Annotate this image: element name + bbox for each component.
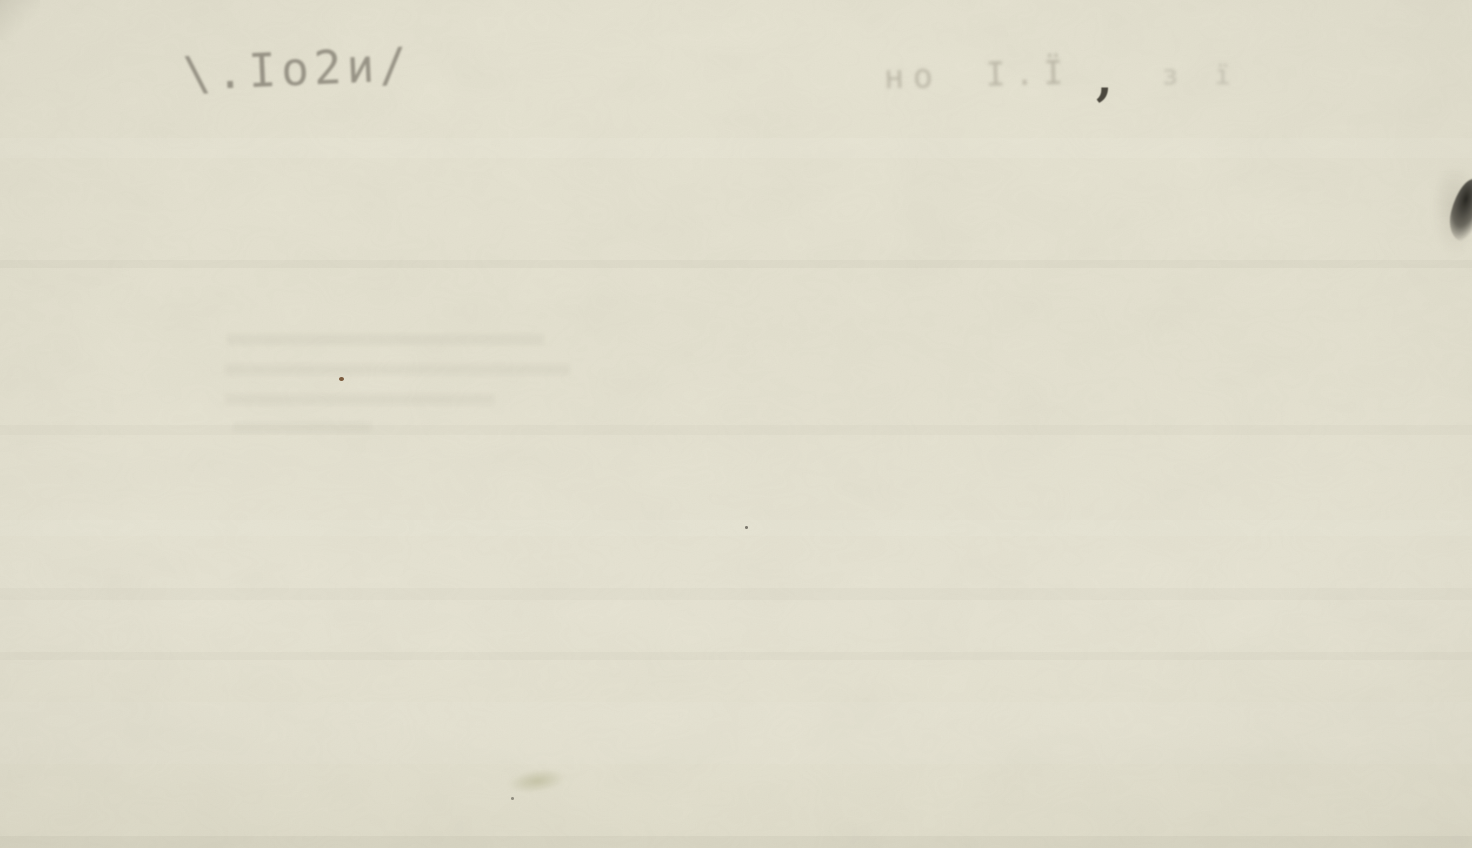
- tear-shadow-halo: [1432, 170, 1472, 256]
- bleedthrough-text-far-right: з ї: [1162, 62, 1241, 89]
- bleedthrough-paragraph-smudge: [225, 322, 570, 440]
- top-left-corner-shade: [0, 0, 40, 40]
- ink-comma-mark: ,: [1096, 55, 1113, 103]
- dark-speck-bottom: [511, 797, 514, 800]
- scanned-document-page: \.Іо2и/ но І.Ї з ї ,: [0, 0, 1472, 848]
- green-smudge-bottom: [507, 766, 567, 796]
- scan-vignette: [0, 0, 1472, 848]
- paper-grain-texture: [0, 0, 1472, 848]
- bleedthrough-text-right: но І.Ї: [884, 56, 1073, 94]
- brown-speck-left: [339, 377, 344, 381]
- dark-speck-center: [745, 526, 748, 529]
- paper-tear-right-edge: [1445, 175, 1472, 244]
- bleedthrough-text-left: \.Іо2и/: [182, 41, 413, 97]
- scanner-bands: [0, 0, 1472, 848]
